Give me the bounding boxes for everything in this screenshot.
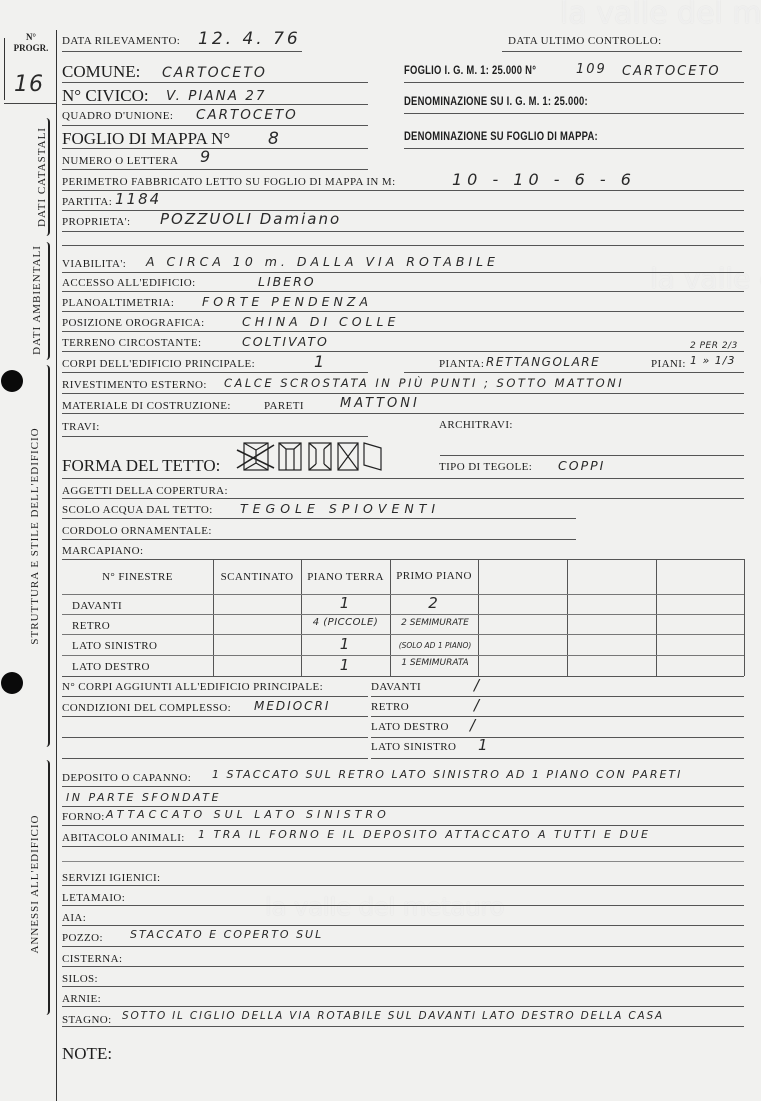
denominazione-igm-label: DENOMINAZIONE SU I. G. M. 1: 25.000:	[404, 96, 588, 108]
quadro-unione-field[interactable]: CARTOCETO	[196, 107, 298, 123]
civico-label: N° CIVICO:	[62, 86, 149, 106]
perimetro-label: PERIMETRO FABBRICATO LETTO SU FOGLIO DI …	[62, 176, 396, 188]
posizione-orografica-label: POSIZIONE OROGRAFICA:	[62, 317, 205, 329]
pozzo-field[interactable]: STACCATO E COPERTO SUL	[130, 928, 323, 941]
row-label: RETRO	[72, 620, 110, 632]
materiale-pareti-label: PARETI	[264, 400, 304, 412]
silos-label: SILOS:	[62, 973, 98, 985]
accesso-field[interactable]: LIBERO	[258, 274, 316, 289]
foglio-igm-label: FOGLIO I. G. M. 1: 25.000 N°	[404, 65, 536, 77]
corpi-item-field[interactable]: /	[474, 676, 481, 694]
section-label-struttura: STRUTTURA E STILE DELL'EDIFICIO	[29, 421, 41, 651]
roof-shape-selector	[236, 440, 384, 472]
scolo-field[interactable]: TEGOLE SPIOVENTI	[240, 501, 440, 516]
roof-pyramid-icon[interactable]	[338, 443, 358, 470]
survey-form-page: la valle del metauro la valle del metaur…	[0, 0, 761, 1101]
abitacolo-field[interactable]: 1 TRA IL FORNO E IL DEPOSITO ATTACCATO A…	[198, 828, 650, 841]
posizione-orografica-field[interactable]: CHINA DI COLLE	[242, 314, 399, 329]
viabilita-label: VIABILITA':	[62, 258, 126, 270]
condizioni-label: CONDIZIONI DEL COMPLESSO:	[62, 702, 231, 714]
roof-hip-icon[interactable]	[237, 443, 274, 470]
numero-lettera-field[interactable]: 9	[200, 147, 212, 166]
terreno-field[interactable]: COLTIVATO	[242, 334, 329, 349]
partita-label: PARTITA:	[62, 196, 112, 208]
piani-label: PIANI:	[651, 358, 686, 370]
foglio-igm-name-field[interactable]: CARTOCETO	[622, 64, 721, 79]
note-field[interactable]	[62, 1066, 744, 1098]
data-rilevamento-field[interactable]: 12. 4. 76	[198, 29, 301, 49]
table-header-primo-piano: PRIMO PIANO	[390, 570, 478, 582]
corpi-item-label: RETRO	[371, 701, 409, 713]
rivestimento-label: RIVESTIMENTO ESTERNO:	[62, 379, 207, 391]
cell-primo-piano[interactable]: 2 SEMIMURATE	[390, 618, 480, 628]
partita-field[interactable]: 1184	[115, 190, 161, 208]
scolo-label: SCOLO ACQUA DAL TETTO:	[62, 504, 213, 516]
pianta-field[interactable]: RETTANGOLARE	[486, 355, 600, 369]
accesso-label: ACCESSO ALL'EDIFICIO:	[62, 277, 196, 289]
roof-half-hip-icon[interactable]	[309, 443, 331, 470]
piani-field-top[interactable]: 2 PER 2/3	[690, 341, 738, 351]
aia-label: AIA:	[62, 912, 86, 924]
perimetro-field[interactable]: 10 - 10 - 6 - 6	[452, 170, 636, 189]
cell-primo-piano[interactable]: 2	[390, 594, 478, 612]
roof-single-pitch-icon[interactable]	[364, 443, 381, 470]
forma-tetto-label: FORMA DEL TETTO:	[62, 456, 220, 476]
planoaltimetria-field[interactable]: FORTE PENDENZA	[202, 294, 372, 309]
proprieta-label: PROPRIETA':	[62, 216, 130, 228]
viabilita-field[interactable]: A CIRCA 10 m. DALLA VIA ROTABILE	[146, 254, 499, 269]
row-label: LATO DESTRO	[72, 661, 150, 673]
progr-label: N° PROGR.	[12, 32, 50, 54]
materiale-label: MATERIALE DI COSTRUZIONE:	[62, 400, 231, 412]
architravi-label: ARCHITRAVI:	[439, 419, 513, 431]
denominazione-mappa-label: DENOMINAZIONE SU FOGLIO DI MAPPA:	[404, 131, 598, 143]
corpi-item-label: LATO SINISTRO	[371, 741, 456, 753]
comune-label: COMUNE:	[62, 62, 140, 82]
marcapiano-label: MARCAPIANO:	[62, 545, 143, 557]
progr-number[interactable]: 16	[14, 72, 44, 97]
foglio-igm-number-field[interactable]: 109	[576, 62, 607, 77]
deposito-label: DEPOSITO o CAPANNO:	[62, 772, 191, 784]
rivestimento-field[interactable]: CALCE SCROSTATA IN PIÙ PUNTI ; SOTTO MAT…	[224, 376, 624, 390]
watermark: la valle del metauro	[265, 893, 504, 921]
comune-field[interactable]: CARTOCETO	[162, 65, 267, 81]
table-header-finestre: N° FINESTRE	[62, 571, 213, 583]
table-header-piano-terra: PIANO TERRA	[301, 571, 390, 583]
forno-field[interactable]: ATTACCATO SUL LATO SINISTRO	[106, 808, 390, 821]
terreno-label: TERRENO CIRCOSTANTE:	[62, 337, 201, 349]
forno-label: FORNO:	[62, 811, 105, 823]
civico-field[interactable]: V. PIANA 27	[166, 88, 266, 104]
proprieta-field[interactable]: POZZUOLI Damiano	[160, 210, 341, 228]
deposito-field-line1[interactable]: 1 STACCATO SUL RETRO LATO SINISTRO AD 1 …	[212, 768, 682, 781]
corpi-item-label: LATO DESTRO	[371, 721, 449, 733]
numero-lettera-label: NUMERO o LETTERA	[62, 155, 178, 167]
materiale-field[interactable]: MATTONI	[340, 396, 420, 411]
travi-label: TRAVI:	[62, 421, 100, 433]
abitacolo-label: ABITACOLO ANIMALI:	[62, 832, 185, 844]
data-ultimo-controllo-label: DATA ULTIMO CONTROLLO:	[508, 35, 662, 47]
corpi-item-field[interactable]: /	[474, 696, 481, 714]
section-label-annessi: ANNESSI ALL'EDIFICIO	[29, 809, 41, 959]
roof-gable-ridge-icon[interactable]	[279, 443, 301, 470]
section-label-catastali: DATI CATASTALI	[36, 122, 48, 232]
servizi-igienici-label: SERVIZI IGIENICI:	[62, 872, 161, 884]
binder-hole	[1, 370, 23, 392]
row-label: DAVANTI	[72, 600, 122, 612]
cordolo-label: CORDOLO ORNAMENTALE:	[62, 525, 212, 537]
aggetti-label: AGGETTI DELLA COPERTURA:	[62, 485, 228, 497]
cell-primo-piano[interactable]: (SOLO AD 1 PIANO)	[390, 641, 480, 650]
cell-piano-terra[interactable]: 4 (PICCOLE)	[301, 617, 390, 628]
corpi-item-field[interactable]: 1	[478, 736, 490, 754]
quadro-unione-label: QUADRO D'UNIONE:	[62, 110, 173, 122]
table-header-scantinato: SCANTINATO	[213, 571, 301, 583]
corpi-edificio-label: CORPI DELL'EDIFICIO PRINCIPALE:	[62, 358, 255, 370]
tipo-tegole-field[interactable]: COPPI	[558, 458, 605, 473]
progr-label-n: N°	[12, 32, 50, 43]
cisterna-label: CISTERNA:	[62, 953, 122, 965]
binder-hole	[1, 672, 23, 694]
tipo-tegole-label: TIPO DI TEGOLE:	[439, 461, 532, 473]
deposito-field-line2[interactable]: IN PARTE SFONDATE	[66, 791, 221, 804]
cell-piano-terra[interactable]: 1	[301, 656, 390, 674]
note-label: NOTE:	[62, 1044, 112, 1064]
cell-piano-terra[interactable]: 1	[301, 635, 390, 653]
pozzo-label: POZZO:	[62, 932, 103, 944]
cell-primo-piano[interactable]: 1 SEMIMURATA	[388, 658, 482, 668]
corpi-aggiunti-label: N° CORPI AGGIUNTI ALL'EDIFICIO PRINCIPAL…	[62, 681, 323, 693]
corpi-item-field[interactable]: /	[470, 716, 477, 734]
planoaltimetria-label: PLANOALTIMETRIA:	[62, 297, 174, 309]
data-rilevamento-label: DATA RILEVAMENTO:	[62, 35, 180, 47]
letamaio-label: LETAMAIO:	[62, 892, 125, 904]
foglio-mappa-label: FOGLIO DI MAPPA N°	[62, 129, 230, 149]
stagno-label: STAGNO:	[62, 1014, 112, 1026]
arnie-label: ARNIE:	[62, 993, 101, 1005]
stagno-field[interactable]: SOTTO IL CIGLIO DELLA VIA ROTABILE SUL D…	[122, 1010, 664, 1022]
row-label: LATO SINISTRO	[72, 640, 157, 652]
pianta-label: PIANTA:	[439, 358, 484, 370]
watermark: la valle del metauro	[560, 0, 761, 31]
cell-piano-terra[interactable]: 1	[301, 594, 390, 612]
piani-field-bottom[interactable]: 1 » 1/3	[690, 354, 735, 367]
corpi-item-label: DAVANTI	[371, 681, 421, 693]
condizioni-field[interactable]: MEDIOCRI	[254, 699, 330, 713]
section-label-ambientali: DATI AMBIENTALI	[31, 240, 43, 360]
progr-label-progr: PROGR.	[12, 43, 50, 54]
foglio-mappa-field[interactable]: 8	[268, 129, 281, 149]
corpi-edificio-field[interactable]: 1	[314, 352, 326, 371]
